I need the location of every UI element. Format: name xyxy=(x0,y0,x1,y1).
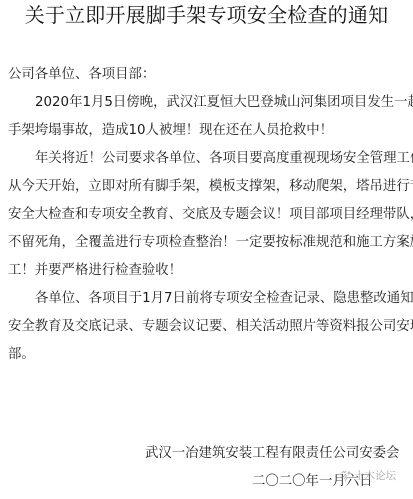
paragraph-line: 部。 xyxy=(8,341,410,369)
paragraph-line: 年关将近！公司要求各单位、各项目要高度重视现场安全管理工作， xyxy=(8,145,410,173)
paragraph-line: 从今天开始，立即对所有脚手架，模板支撑架，移动爬架，塔吊进行专项 xyxy=(8,173,410,201)
issuer-signature: 武汉一冶建筑安装工程有限责任公司安委会 xyxy=(145,444,399,464)
paragraph-line: 2020年1月5日傍晚，武汉江夏恒大巴登城山河集团项目发生一起脚 xyxy=(8,89,410,117)
paragraph-line: 安全大检查和专项安全教育、交底及专题会议！项目部项目经理带队，要 xyxy=(8,201,410,229)
paragraph-requirements: 年关将近！公司要求各单位、各项目要高度重视现场安全管理工作， 从今天开始，立即对… xyxy=(8,145,410,285)
paragraph-line: 不留死角，全覆盖进行专项检查整治！一定要按标准规范和施工方案施 xyxy=(8,229,410,257)
paragraph-line: 手架垮塌事故，造成10人被埋！现在还在人员抢救中！ xyxy=(8,117,410,145)
notice-title: 关于立即开展脚手架专项安全检查的通知 xyxy=(0,2,413,28)
watermark: 土木论坛 xyxy=(340,469,396,483)
paragraph-line: 安全教育及交底记录、专题会议记要、相关活动照片等资料报公司安环 xyxy=(8,313,410,341)
wechat-logo-icon xyxy=(340,470,352,482)
paragraph-deadline: 各单位、各项目于1月7日前将专项安全检查记录、隐患整改通知单、 安全教育及交底记… xyxy=(8,285,410,369)
paragraph-incident: 2020年1月5日傍晚，武汉江夏恒大巴登城山河集团项目发生一起脚 手架垮塌事故，… xyxy=(8,89,410,145)
salutation: 公司各单位、各项目部： xyxy=(8,61,410,89)
paragraph-line: 工！并要严格进行检查验收！ xyxy=(8,257,410,285)
watermark-text: 土木论坛 xyxy=(354,469,396,483)
paragraph-line: 各单位、各项目于1月7日前将专项安全检查记录、隐患整改通知单、 xyxy=(8,285,410,313)
notice-body: 公司各单位、各项目部： 2020年1月5日傍晚，武汉江夏恒大巴登城山河集团项目发… xyxy=(8,61,410,369)
